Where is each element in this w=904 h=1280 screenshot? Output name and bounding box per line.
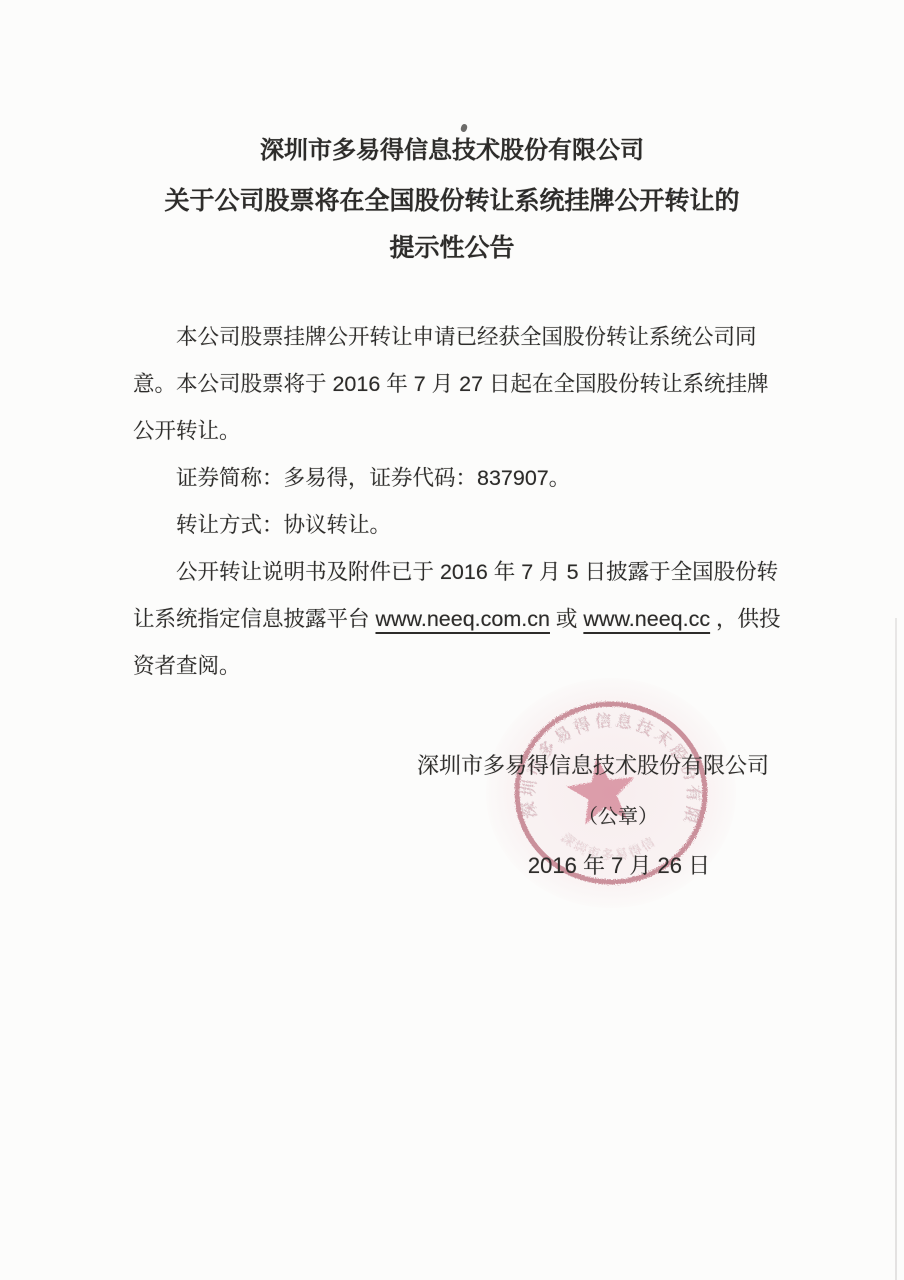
paragraph1-line3: 公开转让。	[133, 408, 775, 455]
neeq-cc-link[interactable]: www.neeq.cc	[583, 607, 710, 631]
scan-edge-line	[895, 618, 897, 1280]
paragraph3-line: 转让方式：协议转让。	[133, 502, 775, 549]
neeq-com-cn-link[interactable]: www.neeq.com.cn	[375, 607, 549, 631]
paragraph4-line2-suffix: ，供投	[710, 607, 780, 631]
announcement-document-page: 深圳市多易得信息技术股份有限公司 关于公司股票将在全国股份转让系统挂牌公开转让的…	[0, 0, 904, 1280]
paragraph4-line2: 让系统指定信息披露平台 www.neeq.com.cn 或 www.neeq.c…	[133, 596, 775, 643]
paragraph4-line3: 资者查阅。	[133, 643, 775, 690]
document-title-type: 提示性公告	[0, 228, 904, 264]
signature-seal-label: （公章）	[578, 800, 658, 829]
paragraph4-line2-mid: 或	[550, 607, 583, 631]
document-title-company: 深圳市多易得信息技术股份有限公司	[0, 130, 904, 165]
paragraph4-line2-prefix: 让系统指定信息披露平台	[133, 607, 375, 631]
signature-date: 2016 年 7 月 26 日	[528, 849, 710, 880]
paragraph2-line: 证券简称：多易得，证券代码：837907。	[133, 455, 775, 502]
document-body: 本公司股票挂牌公开转让申请已经获全国股份转让系统公司同 意。本公司股票将于 20…	[133, 314, 775, 690]
document-title-subject: 关于公司股票将在全国股份转让系统挂牌公开转让的	[0, 181, 904, 217]
paragraph4-line1: 公开转让说明书及附件已于 2016 年 7 月 5 日披露于全国股份转	[133, 549, 775, 596]
paragraph1-line1: 本公司股票挂牌公开转让申请已经获全国股份转让系统公司同	[133, 314, 775, 361]
signature-company-name: 深圳市多易得信息技术股份有限公司	[417, 749, 769, 780]
paragraph1-line2: 意。本公司股票将于 2016 年 7 月 27 日起在全国股份转让系统挂牌	[133, 361, 775, 408]
